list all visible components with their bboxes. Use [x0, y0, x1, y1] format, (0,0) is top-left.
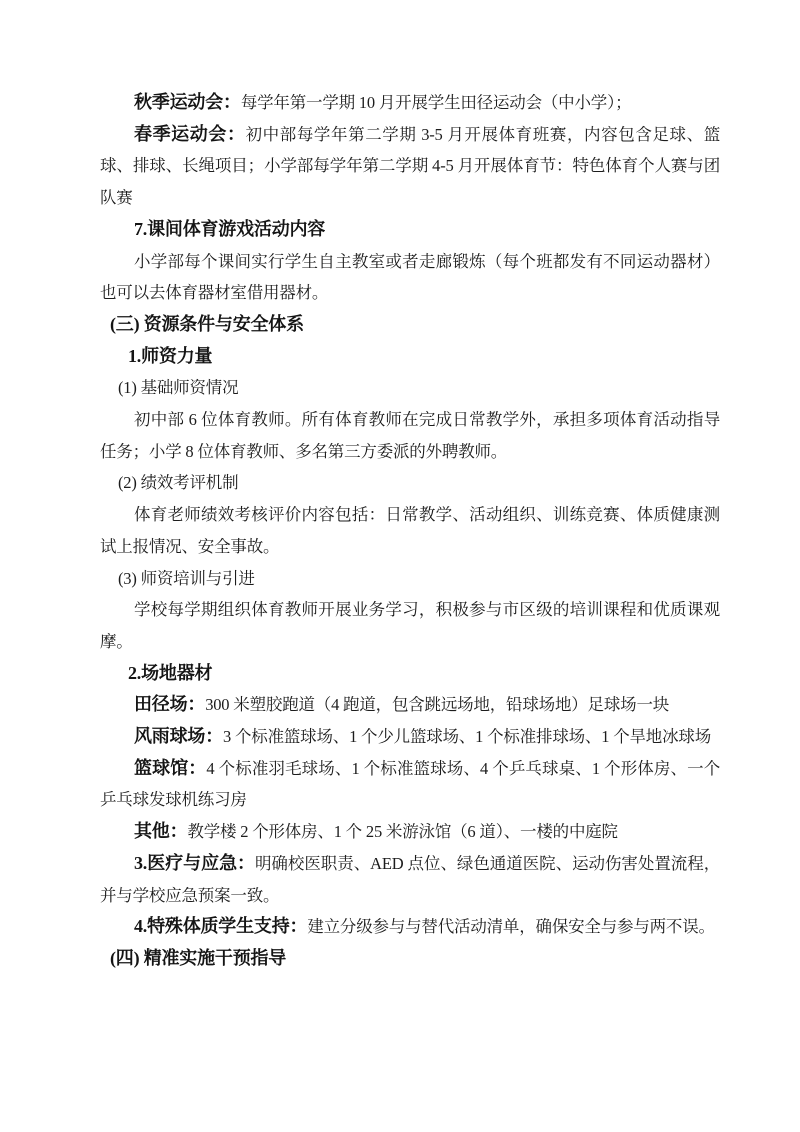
para-teacher-training-detail: 学校每学期组织体育教师开展业务学习，积极参与市区级的培训课程和优质课观摩。: [100, 594, 720, 657]
para-text: 初中部 6 位体育教师。所有体育教师在完成日常教学外，承担多项体育活动指导任务；…: [100, 410, 720, 461]
heading-text: (三) 资源条件与安全体系: [110, 314, 304, 334]
subitem-basic-teacher-info: (1) 基础师资情况: [100, 372, 720, 404]
heading-text: 2.场地器材: [128, 663, 212, 683]
para-text: 学校每学期组织体育教师开展业务学习，积极参与市区级的培训课程和优质课观摩。: [100, 600, 720, 651]
heading-section-3-resources-safety: (三) 资源条件与安全体系: [100, 309, 720, 341]
heading-text: 1.师资力量: [128, 346, 212, 366]
run-in-label: 3.医疗与应急：: [134, 853, 255, 873]
subitem-performance-review: (2) 绩效考评机制: [100, 467, 720, 499]
heading-section-4-precise-intervention: (四) 精准实施干预指导: [100, 943, 720, 975]
run-in-label: 春季运动会：: [134, 124, 246, 144]
run-in-label: 风雨球场：: [134, 726, 223, 746]
heading-venues-equipment: 2.场地器材: [100, 658, 720, 690]
para-text: 教学楼 2 个形体房、1 个 25 米游泳馆（6 道）、一楼的中庭院: [187, 822, 617, 841]
para-special-needs-students: 4.特殊体质学生支持：建立分级参与与替代活动清单，确保安全与参与两不误。: [100, 911, 720, 943]
para-teacher-info-detail: 初中部 6 位体育教师。所有体育教师在完成日常教学外，承担多项体育活动指导任务；…: [100, 404, 720, 467]
heading-teacher-resources: 1.师资力量: [100, 341, 720, 373]
para-text: 建立分级参与与替代活动清单，确保安全与参与两不误。: [307, 917, 715, 936]
heading-recess-games: 7.课间体育游戏活动内容: [100, 214, 720, 246]
para-spring-sports-meet: 春季运动会：初中部每学年第二学期 3-5 月开展体育班赛，内容包含足球、篮球、排…: [100, 119, 720, 214]
para-autumn-sports-meet: 秋季运动会：每学年第一学期 10 月开展学生田径运动会（中小学）；: [100, 87, 720, 119]
para-text: 体育老师绩效考核评价内容包括：日常教学、活动组织、训练竞赛、体质健康测试上报情况…: [100, 505, 720, 556]
run-in-label: 篮球馆：: [134, 758, 206, 778]
para-performance-review-detail: 体育老师绩效考核评价内容包括：日常教学、活动组织、训练竞赛、体质健康测试上报情况…: [100, 499, 720, 562]
para-other-venues: 其他：教学楼 2 个形体房、1 个 25 米游泳馆（6 道）、一楼的中庭院: [100, 816, 720, 848]
document-page: 秋季运动会：每学年第一学期 10 月开展学生田径运动会（中小学）； 春季运动会：…: [0, 0, 800, 1132]
para-text: (3) 师资培训与引进: [118, 569, 255, 588]
run-in-label: 田径场：: [134, 694, 205, 714]
document-body: 秋季运动会：每学年第一学期 10 月开展学生田径运动会（中小学）； 春季运动会：…: [100, 87, 720, 975]
heading-text: (四) 精准实施干预指导: [110, 948, 286, 968]
para-recess-detail: 小学部每个课间实行学生自主教室或者走廊锻炼（每个班都发有不同运动器材）也可以去体…: [100, 246, 720, 309]
para-text: 每学年第一学期 10 月开展学生田径运动会（中小学）；: [241, 93, 632, 112]
para-text: 小学部每个课间实行学生自主教室或者走廊锻炼（每个班都发有不同运动器材）也可以去体…: [100, 252, 720, 303]
para-basketball-hall: 篮球馆：4 个标准羽毛球场、1 个标准篮球场、4 个乒乓球桌、1 个形体房、一个…: [100, 753, 720, 816]
run-in-label: 秋季运动会：: [134, 92, 241, 112]
para-text: 3 个标准篮球场、1 个少儿篮球场、1 个标准排球场、1 个旱地冰球场: [223, 727, 711, 746]
para-medical-emergency: 3.医疗与应急：明确校医职责、AED 点位、绿色通道医院、运动伤害处置流程，并与…: [100, 848, 720, 911]
heading-text: 7.课间体育游戏活动内容: [134, 219, 325, 239]
run-in-label: 4.特殊体质学生支持：: [134, 916, 307, 936]
para-track-field: 田径场：300 米塑胶跑道（4 跑道，包含跳远场地，铅球场地）足球场一块: [100, 689, 720, 721]
para-text: (1) 基础师资情况: [118, 378, 238, 397]
run-in-label: 其他：: [134, 821, 187, 841]
para-text: (2) 绩效考评机制: [118, 473, 238, 492]
para-text: 300 米塑胶跑道（4 跑道，包含跳远场地，铅球场地）足球场一块: [205, 695, 669, 714]
subitem-teacher-training: (3) 师资培训与引进: [100, 563, 720, 595]
para-covered-courts: 风雨球场：3 个标准篮球场、1 个少儿篮球场、1 个标准排球场、1 个旱地冰球场: [100, 721, 720, 753]
